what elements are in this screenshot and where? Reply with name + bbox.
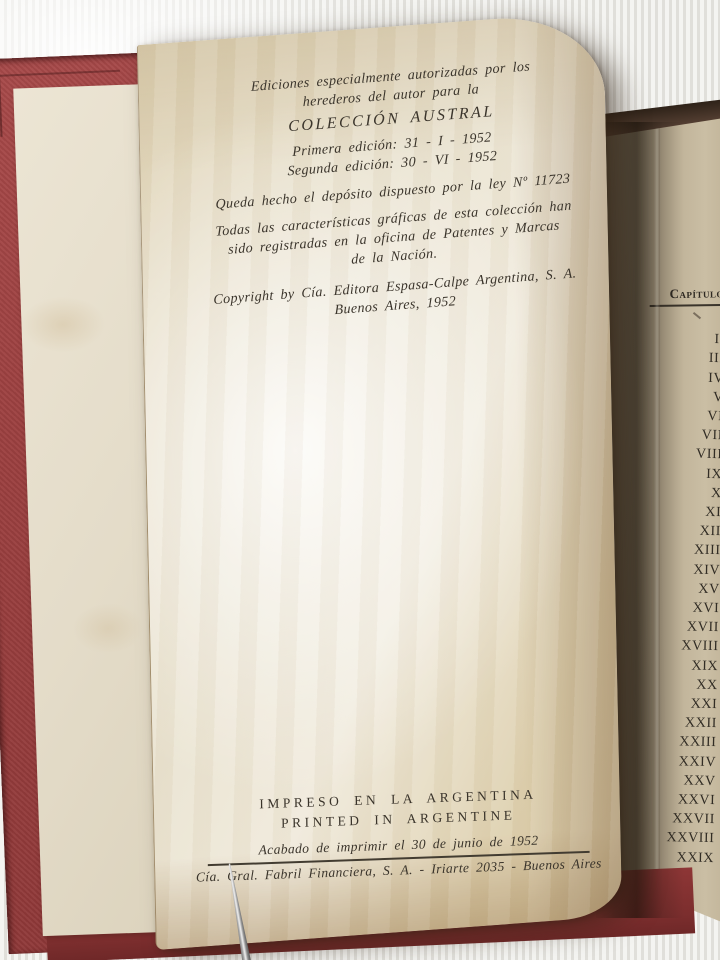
chapter-numeral: XIV: [610, 558, 720, 580]
chapter-numeral: IV: [614, 367, 720, 389]
chapter-numeral: XXV: [606, 770, 716, 792]
chapter-numeral: XVII: [609, 616, 719, 638]
chapter-numeral: VI: [613, 405, 720, 427]
chapter-numeral: XVI: [609, 597, 719, 619]
print-date-line: Acabado de imprimir el 30 de junio de 19…: [177, 831, 621, 860]
chapter-numeral: VIII: [612, 443, 720, 465]
chapter-numeral: I: [615, 309, 720, 331]
chapter-numeral: XIX: [608, 654, 718, 676]
colophon-page: Ediciones especialmente autorizadas por …: [137, 11, 622, 950]
chapter-numeral: XXI: [607, 693, 717, 715]
chapter-numeral: XXIV: [606, 750, 716, 772]
printer-address-line: Cía. Gral. Fabril Financiera, S. A. - Ir…: [177, 855, 621, 884]
chapter-index-column: Capítulo IIIIIIIVVVIVIIVIIIIXXXIXIIXIIIX…: [604, 285, 720, 868]
chapter-numeral: X: [612, 482, 720, 504]
chapter-numeral: XIII: [610, 539, 720, 561]
chapter-numeral: XI: [611, 501, 720, 523]
chapter-numeral: XVIII: [608, 635, 718, 657]
chapter-index-header: Capítulo: [616, 285, 720, 303]
chapter-numeral: VII: [613, 424, 720, 446]
chapter-numeral: XII: [611, 520, 720, 542]
chapter-index-underline: [650, 304, 720, 307]
chapter-numeral: IX: [612, 462, 720, 484]
chapter-numeral: XXIII: [606, 731, 716, 753]
chapter-numeral: XXII: [607, 712, 717, 734]
colophon-text-block: Ediciones especialmente autorizadas por …: [139, 55, 610, 337]
chapter-numeral-list: IIIIIIIVVVIVIIVIIIIXXXIXIIXIIIXIVXVXVIXV…: [604, 309, 720, 868]
imprint-block: IMPRESO EN LA ARGENTINA PRINTED IN ARGEN…: [154, 785, 621, 885]
chapter-numeral: XXVI: [605, 789, 715, 811]
chapter-numeral: III: [614, 347, 720, 369]
chapter-numeral: XV: [610, 578, 720, 600]
chapter-numeral: XXVIII: [604, 827, 714, 849]
chapter-numeral: V: [614, 386, 720, 408]
chapter-numeral: II: [615, 328, 720, 350]
chapter-numeral: XXVII: [605, 808, 715, 830]
chapter-numeral: XX: [608, 674, 718, 696]
photo-background: Capítulo IIIIIIIVVVIVIIVIIIIXXXIXIIXIIIX…: [0, 0, 720, 960]
